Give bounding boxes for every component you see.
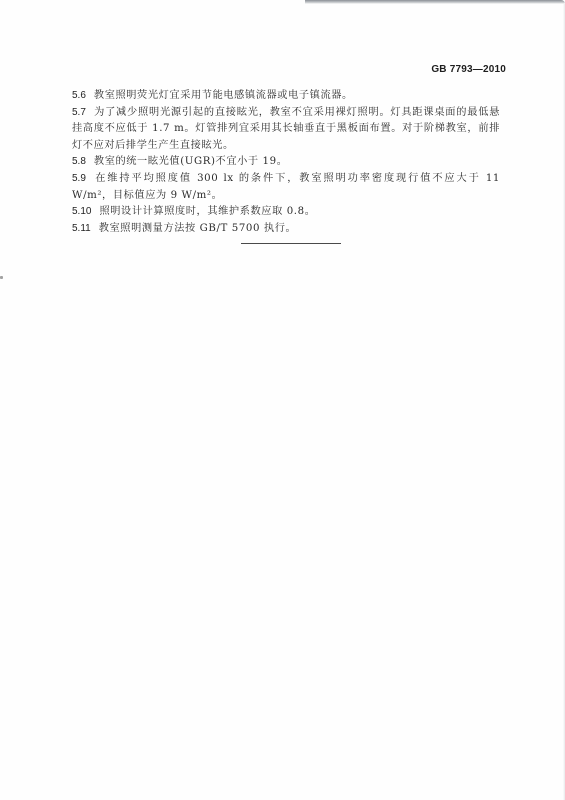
clause-5-10: 5.10照明设计计算照度时，其维护系数应取 0.8。 — [72, 204, 500, 221]
clause-text: 教室的统一眩光值(UGR)不宜小于 19。 — [94, 156, 288, 167]
standard-code-header: GB 7793—2010 — [431, 64, 506, 75]
scan-artifact-mark — [0, 276, 3, 279]
clause-text: 在维持平均照度值 300 lx 的条件下，教室照明功率密度现行值不应大于 11 … — [72, 173, 500, 201]
clause-5-11: 5.11教室照明测量方法按 GB/T 5700 执行。 — [72, 221, 500, 238]
clause-5-9: 5.9在维持平均照度值 300 lx 的条件下，教室照明功率密度现行值不应大于 … — [72, 171, 500, 204]
end-of-standard-rule — [241, 243, 341, 244]
clause-text: 为了减少照明光源引起的直接眩光，教室不宜采用裸灯照明。灯具距课桌面的最低悬挂高度… — [72, 107, 500, 151]
clause-5-6: 5.6教室照明荧光灯宜采用节能电感镇流器或电子镇流器。 — [72, 88, 500, 105]
clause-number: 5.9 — [72, 173, 86, 184]
clause-5-7: 5.7为了减少照明光源引起的直接眩光，教室不宜采用裸灯照明。灯具距课桌面的最低悬… — [72, 105, 500, 155]
clause-number: 5.11 — [72, 223, 91, 234]
clause-number: 5.10 — [72, 206, 91, 217]
clause-text: 教室照明测量方法按 GB/T 5700 执行。 — [99, 223, 297, 234]
clause-number: 5.8 — [72, 156, 86, 167]
document-page: GB 7793—2010 5.6教室照明荧光灯宜采用节能电感镇流器或电子镇流器。… — [0, 0, 565, 800]
clause-list: 5.6教室照明荧光灯宜采用节能电感镇流器或电子镇流器。 5.7为了减少照明光源引… — [72, 88, 500, 237]
clause-text: 教室照明荧光灯宜采用节能电感镇流器或电子镇流器。 — [94, 90, 353, 101]
clause-5-8: 5.8教室的统一眩光值(UGR)不宜小于 19。 — [72, 154, 500, 171]
clause-number: 5.7 — [72, 107, 86, 118]
scan-edge-top — [305, 0, 565, 4]
clause-text: 照明设计计算照度时，其维护系数应取 0.8。 — [99, 206, 315, 217]
clause-number: 5.6 — [72, 90, 86, 101]
